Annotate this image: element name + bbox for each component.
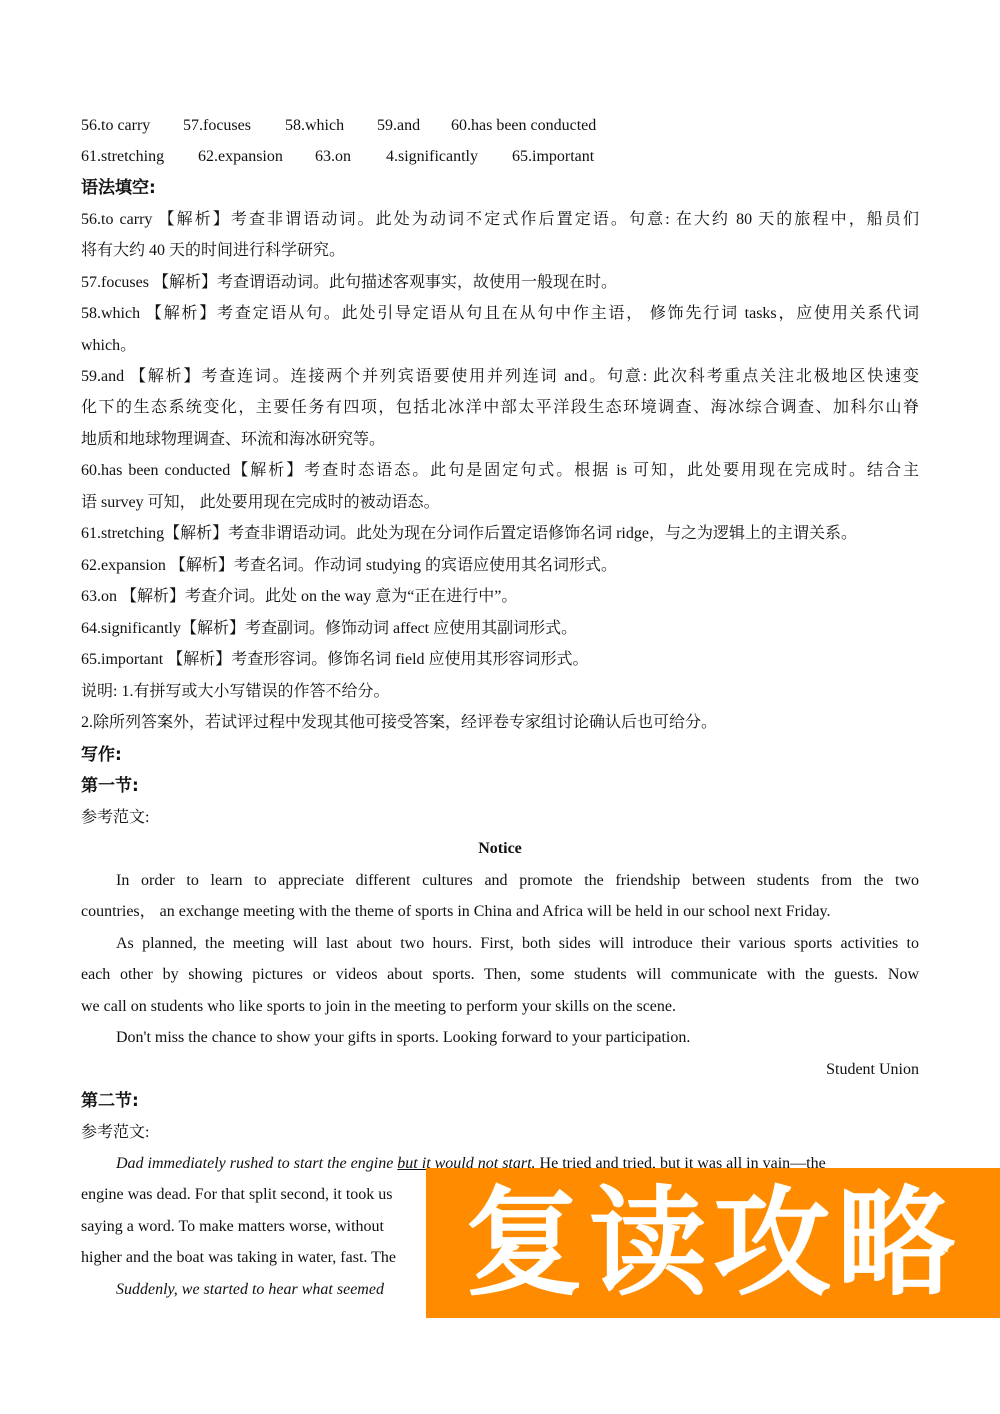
watermark-banner: 复读攻略 — [426, 1168, 1000, 1318]
explanation-64: 64.significantly【解析】考查副词。修饰动词 affect 应使用… — [81, 619, 919, 639]
section-2-label: 参考范文: — [81, 1123, 919, 1143]
answer-64: 4.significantly — [386, 147, 512, 167]
explanation-60-line-2: 语 survey 可知， 此处要用现在完成时的被动语态。 — [81, 493, 919, 513]
section-2-heading: 第二节: — [81, 1091, 919, 1111]
answer-65: 65.important — [512, 147, 594, 167]
explanation-59-line-1: 59.and 【解析】考查连词。连接两个并列宾语要使用并列连词 and。句意: … — [81, 367, 919, 387]
section-1-label: 参考范文: — [81, 808, 919, 828]
answer-56: 56.to carry — [81, 116, 183, 136]
answer-63: 63.on — [315, 147, 386, 167]
note-2: 2.除所列答案外，若试评过程中发现其他可接受答案，经评卷专家组讨论确认后也可给分… — [81, 713, 919, 733]
note-1: 说明: 1.有拼写或大小写错误的作答不给分。 — [81, 682, 919, 702]
answer-60: 60.has been conducted — [451, 116, 596, 136]
answer-row-2: 61.stretching62.expansion63.on4.signific… — [81, 147, 919, 167]
answer-62: 62.expansion — [198, 147, 315, 167]
watermark-text: 复读攻略 — [465, 1184, 961, 1302]
section-1-heading: 第一节: — [81, 776, 919, 796]
explanation-58-line-2: which。 — [81, 336, 919, 356]
answer-61: 61.stretching — [81, 147, 198, 167]
explanation-56-line-1: 56.to carry 【解析】考查非谓语动词。此处为动词不定式作后置定语。句意… — [81, 210, 919, 230]
grammar-heading: 语法填空: — [81, 178, 919, 198]
explanation-65: 65.important 【解析】考查形容词。修饰名词 field 应使用其形容… — [81, 650, 919, 670]
explanation-56-line-2: 将有大约 40 天的时间进行科学研究。 — [81, 241, 919, 261]
notice-title: Notice — [81, 839, 919, 859]
answer-59: 59.and — [377, 116, 451, 136]
explanation-57: 57.focuses 【解析】考查谓语动词。此句描述客观事实，故使用一般现在时。 — [81, 273, 919, 293]
explanation-58-line-1: 58.which 【解析】考查定语从句。此处引导定语从句且在从句中作主语， 修饰… — [81, 304, 919, 324]
explanation-62: 62.expansion 【解析】考查名词。作动词 studying 的宾语应使… — [81, 556, 919, 576]
story-given-opening: Dad immediately rushed to start the engi… — [116, 1155, 397, 1172]
explanation-60-line-1: 60.has been conducted【解析】考查时态语态。此句是固定句式。… — [81, 461, 919, 481]
answer-58: 58.which — [285, 116, 377, 136]
notice-line-6: Don't miss the chance to show your gifts… — [81, 1028, 919, 1048]
explanation-59-line-3: 地质和地球物理调查、环流和海冰研究等。 — [81, 430, 919, 450]
explanation-59-line-2: 化下的生态系统变化，主要任务有四项，包括北冰洋中部太平洋段生态环境调查、海冰综合… — [81, 398, 919, 418]
explanation-63: 63.on 【解析】考查介词。此处 on the way 意为“正在进行中”。 — [81, 587, 919, 607]
answer-row-1: 56.to carry57.focuses58.which59.and60.ha… — [81, 116, 919, 136]
notice-line-4: each other by showing pictures or videos… — [81, 965, 919, 985]
explanation-61: 61.stretching【解析】考查非谓语动词。此处为现在分词作后置定语修饰名… — [81, 524, 919, 544]
notice-line-2: countries， an exchange meeting with the … — [81, 902, 919, 922]
notice-line-1: In order to learn to appreciate differen… — [81, 871, 919, 891]
notice-line-5: we call on students who like sports to j… — [81, 997, 919, 1017]
notice-line-3: As planned, the meeting will last about … — [81, 934, 919, 954]
writing-heading: 写作: — [81, 745, 919, 765]
notice-signature: Student Union — [81, 1060, 919, 1080]
answer-57: 57.focuses — [183, 116, 285, 136]
